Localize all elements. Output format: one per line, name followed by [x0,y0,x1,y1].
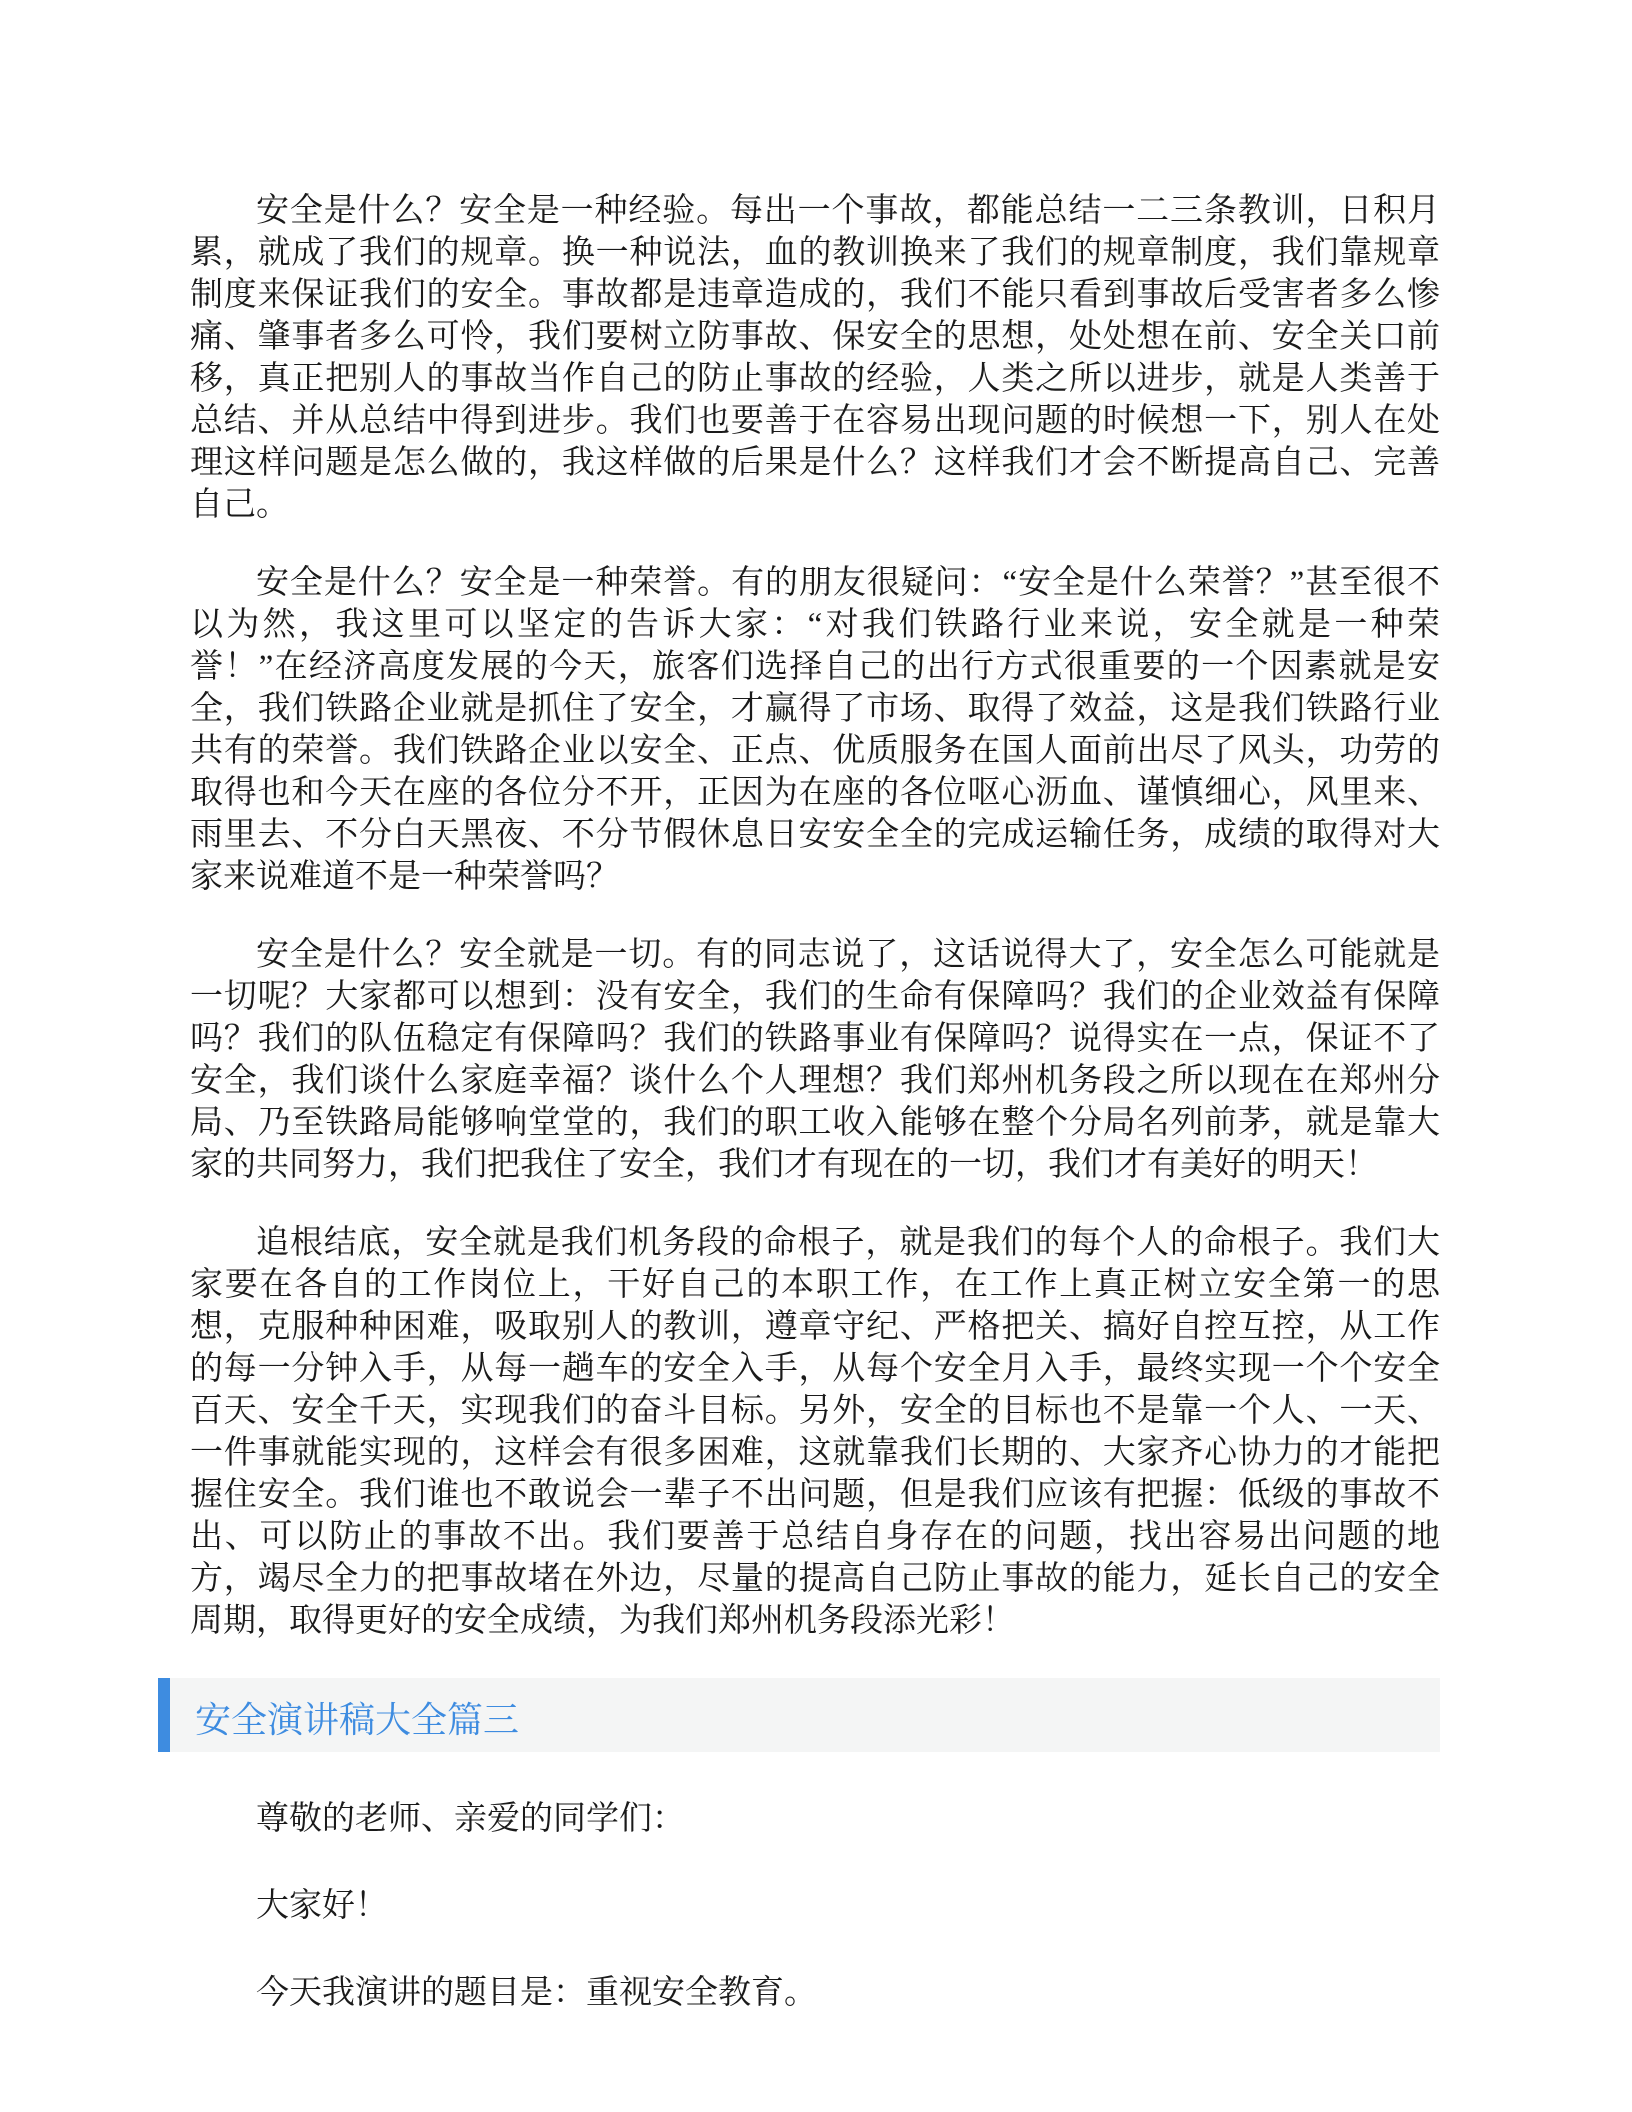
document-page: 安全是什么？安全是一种经验。每出一个事故，都能总结一二三条教训，日积月累，就成了… [0,0,1632,2112]
paragraph-safety-is-experience: 安全是什么？安全是一种经验。每出一个事故，都能总结一二三条教训，日积月累，就成了… [190,190,1440,526]
paragraph-salutation: 尊敬的老师、亲爱的同学们： [190,1798,1440,1840]
paragraph-greeting: 大家好！ [190,1885,1440,1927]
paragraph-speech-topic: 今天我演讲的题目是：重视安全教育。 [190,1972,1440,2014]
document-content: 安全是什么？安全是一种经验。每出一个事故，都能总结一二三条教训，日积月累，就成了… [0,0,1632,2014]
section-heading-title: 安全演讲稿大全篇三 [170,1692,519,1738]
paragraph-safety-is-honor: 安全是什么？安全是一种荣誉。有的朋友很疑问：“安全是什么荣誉？”甚至很不以为然，… [190,562,1440,898]
section-heading-part-three: 安全演讲稿大全篇三 [158,1678,1440,1752]
paragraph-safety-is-lifeline: 追根结底，安全就是我们机务段的命根子，就是我们的每个人的命根子。我们大家要在各自… [190,1222,1440,1642]
paragraph-safety-is-everything: 安全是什么？安全就是一切。有的同志说了，这话说得大了，安全怎么可能就是一切呢？大… [190,934,1440,1186]
